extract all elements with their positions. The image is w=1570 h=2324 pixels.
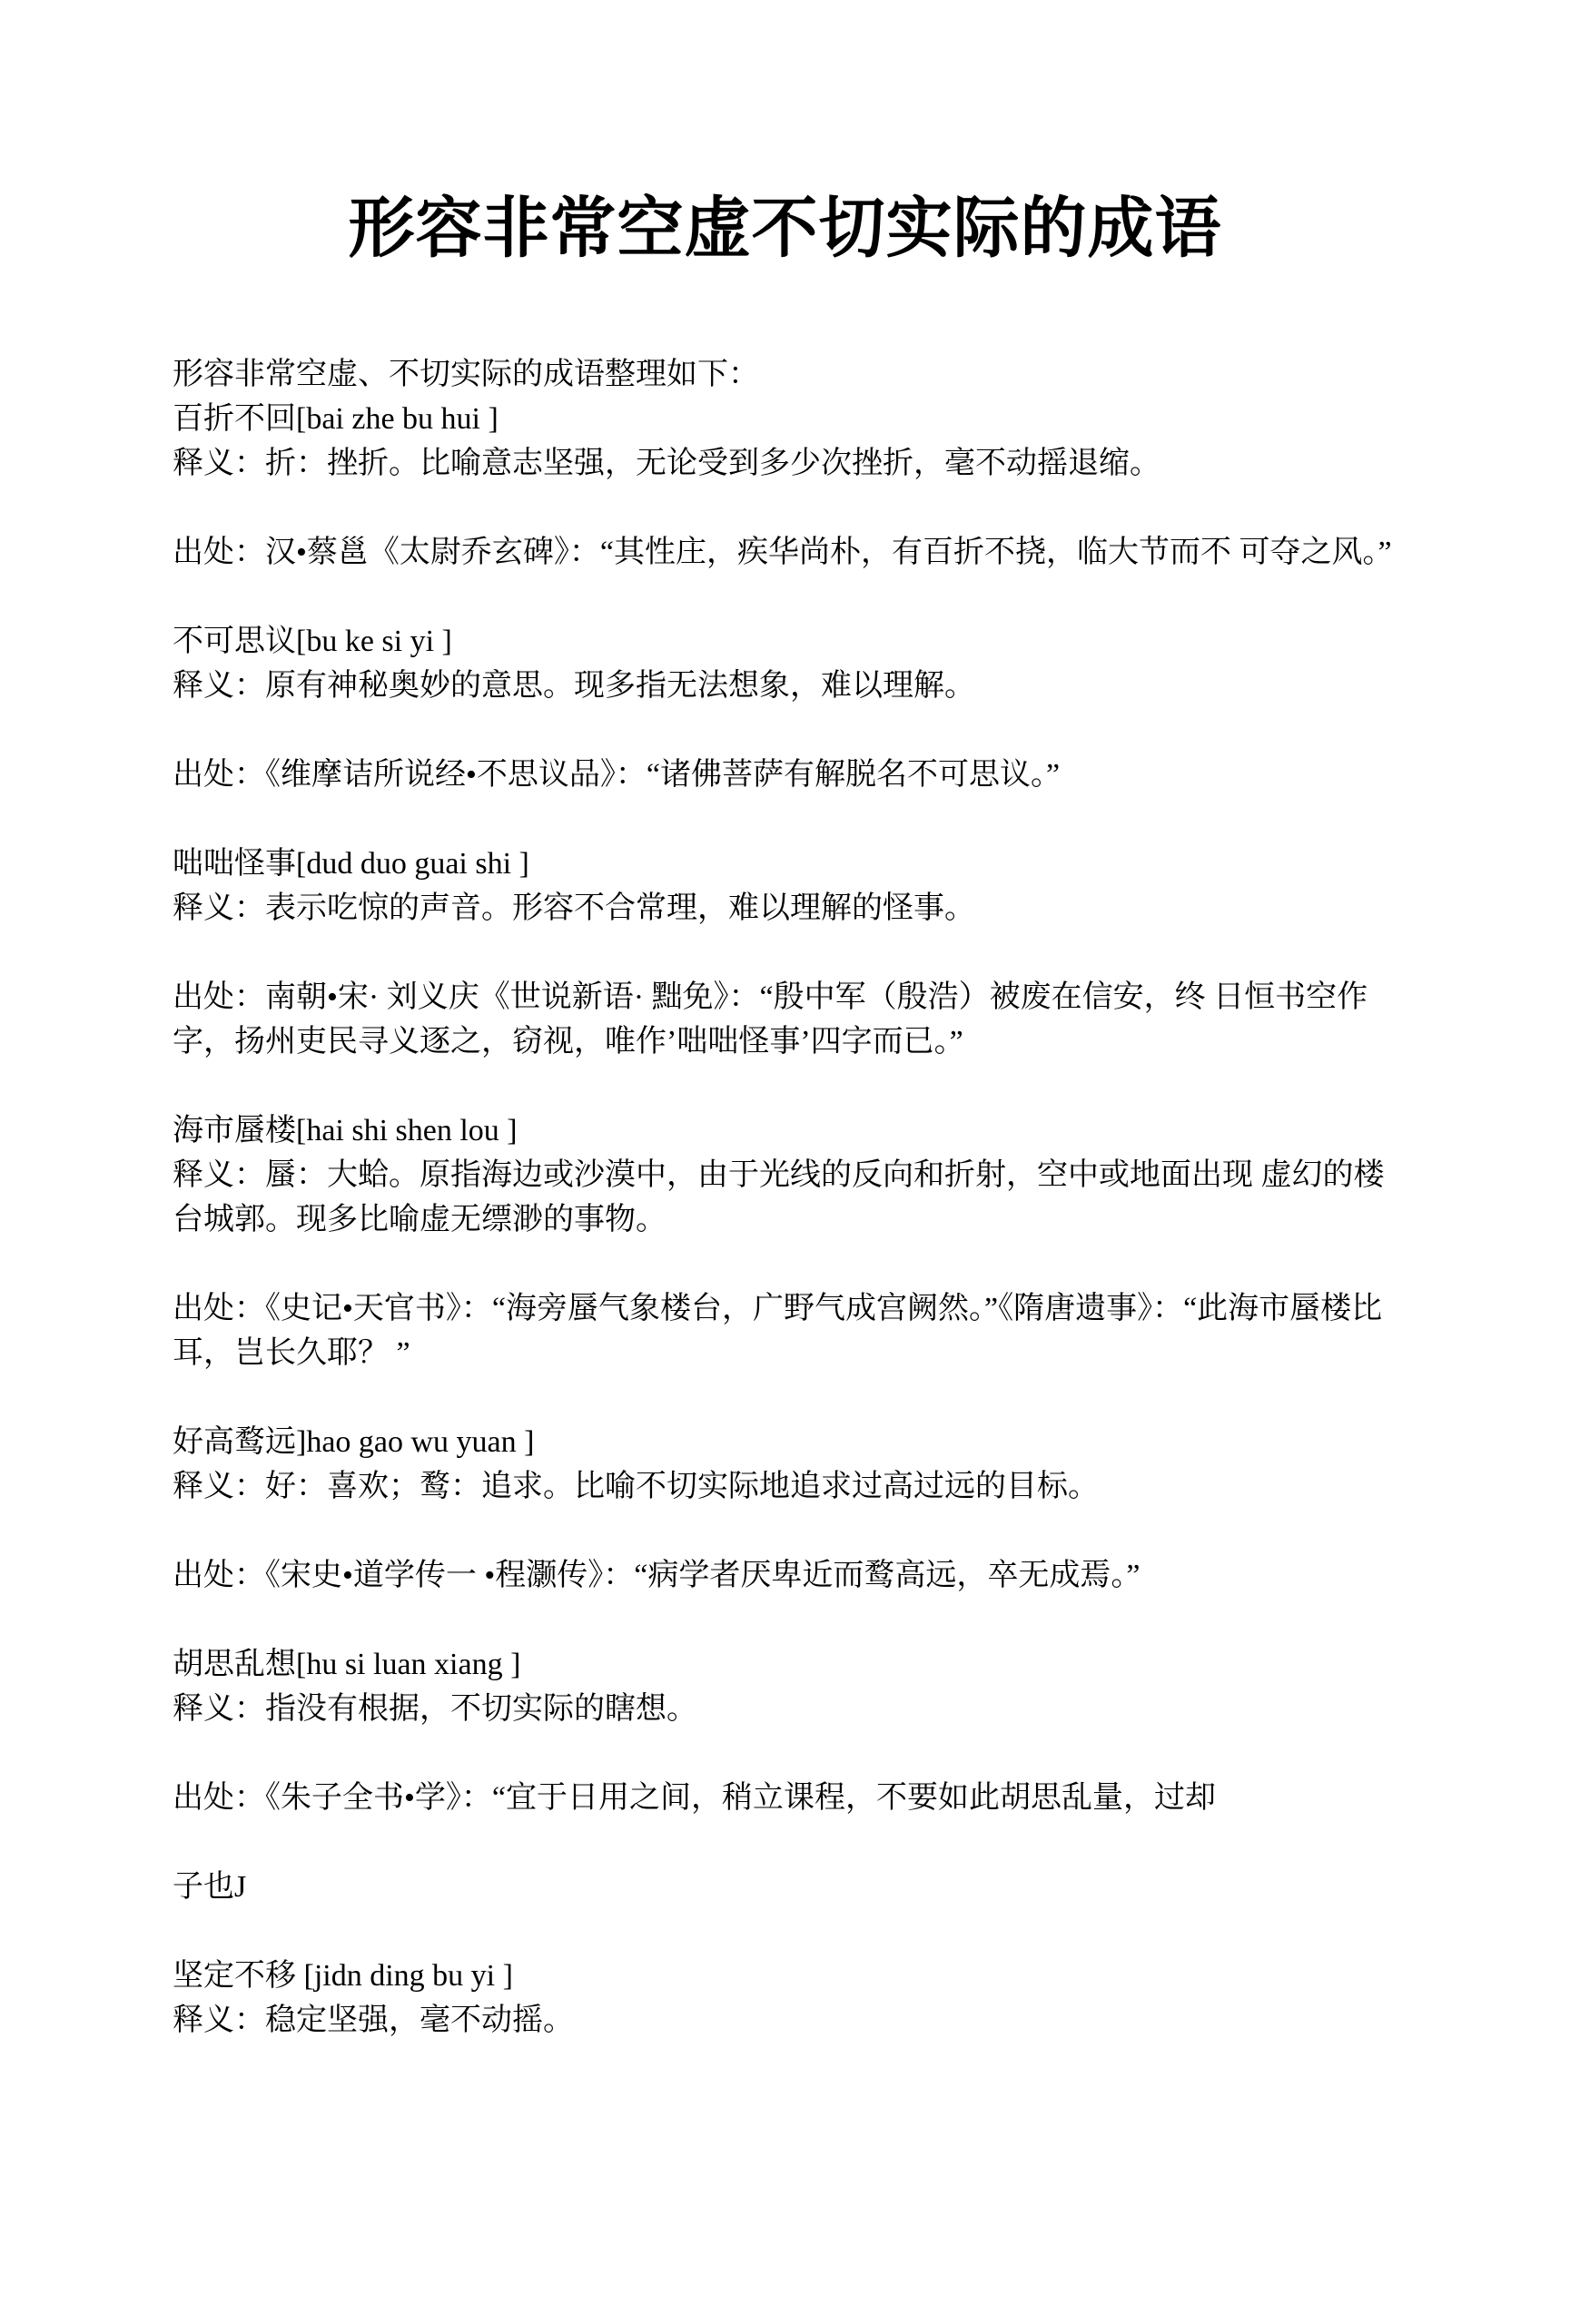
definition-line: 释义：表示吃惊的声音。形容不合常理，难以理解的怪事。 <box>173 886 1397 931</box>
idiom-heading-hao-gao-wu-yuan: 好高鹜远]hao gao wu yuan ] <box>173 1420 1397 1464</box>
source-line: 出处：汉•蔡邕《太尉乔玄碑》：“其性庄，疾华尚朴，有百折不挠，临大节而不 可夺之… <box>173 530 1397 575</box>
idiom-heading-duo-duo-guai-shi: 咄咄怪事[dud duo guai shi ] <box>173 842 1397 886</box>
idiom-heading-hai-shi-shen-lou: 海市蜃楼[hai shi shen lou ] <box>173 1108 1397 1153</box>
definition-line: 释义：好：喜欢；鹜：追求。比喻不切实际地追求过高过远的目标。 <box>173 1464 1397 1509</box>
definition-line: 释义：原有神秘奥妙的意思。现多指无法想象，难以理解。 <box>173 664 1397 708</box>
source-line: 出处：《朱子全书•学》：“宜于日用之间，稍立课程，不要如此胡思乱量，过却 <box>173 1776 1397 1820</box>
idiom-heading-jian-ding-bu-yi: 坚定不移 [jidn ding bu yi ] <box>173 1954 1397 1998</box>
definition-line: 释义：折：挫折。比喻意志坚强，无论受到多少次挫折，毫不动摇退缩。 <box>173 441 1397 486</box>
source-line: 出处：南朝•宋· 刘义庆《世说新语· 黜免》：“殷中军（殷浩）被废在信安，终 日… <box>173 975 1397 1064</box>
source-line: 出处：《宋史•道学传一 •程灏传》：“病学者厌卑近而鹜高远，卒无成焉。” <box>173 1553 1397 1598</box>
definition-line: 释义：指没有根据，不切实际的瞎想。 <box>173 1687 1397 1731</box>
page-title: 形容非常空虚不切实际的成语 <box>0 0 1570 265</box>
definition-line: 释义：蜃：大蛤。原指海边或沙漠中，由于光线的反向和折射，空中或地面出现 虚幻的楼… <box>173 1153 1397 1242</box>
document-body: 形容非常空虚、不切实际的成语整理如下： 百折不回[bai zhe bu hui … <box>173 352 1397 2043</box>
idiom-heading-bu-ke-si-yi: 不可思议[bu ke si yi ] <box>173 619 1397 664</box>
document-page: 形容非常空虚不切实际的成语 形容非常空虚、不切实际的成语整理如下： 百折不回[b… <box>0 0 1570 2324</box>
source-line: 出处：《维摩诘所说经•不思议品》：“诸佛菩萨有解脱名不可思议。” <box>173 753 1397 797</box>
idiom-heading-hu-si-luan-xiang: 胡思乱想[hu si luan xiang ] <box>173 1642 1397 1687</box>
idiom-heading-bai-zhe-bu-hui: 百折不回[bai zhe bu hui ] <box>173 397 1397 441</box>
source-continuation-line: 子也J <box>173 1865 1397 1909</box>
source-line: 出处：《史记•天官书》：“海旁蜃气象楼台，广野气成宫阙然。”《隋唐遗事》：“此海… <box>173 1286 1397 1375</box>
intro-line: 形容非常空虚、不切实际的成语整理如下： <box>173 352 1397 397</box>
definition-line: 释义：稳定坚强，毫不动摇。 <box>173 1998 1397 2043</box>
